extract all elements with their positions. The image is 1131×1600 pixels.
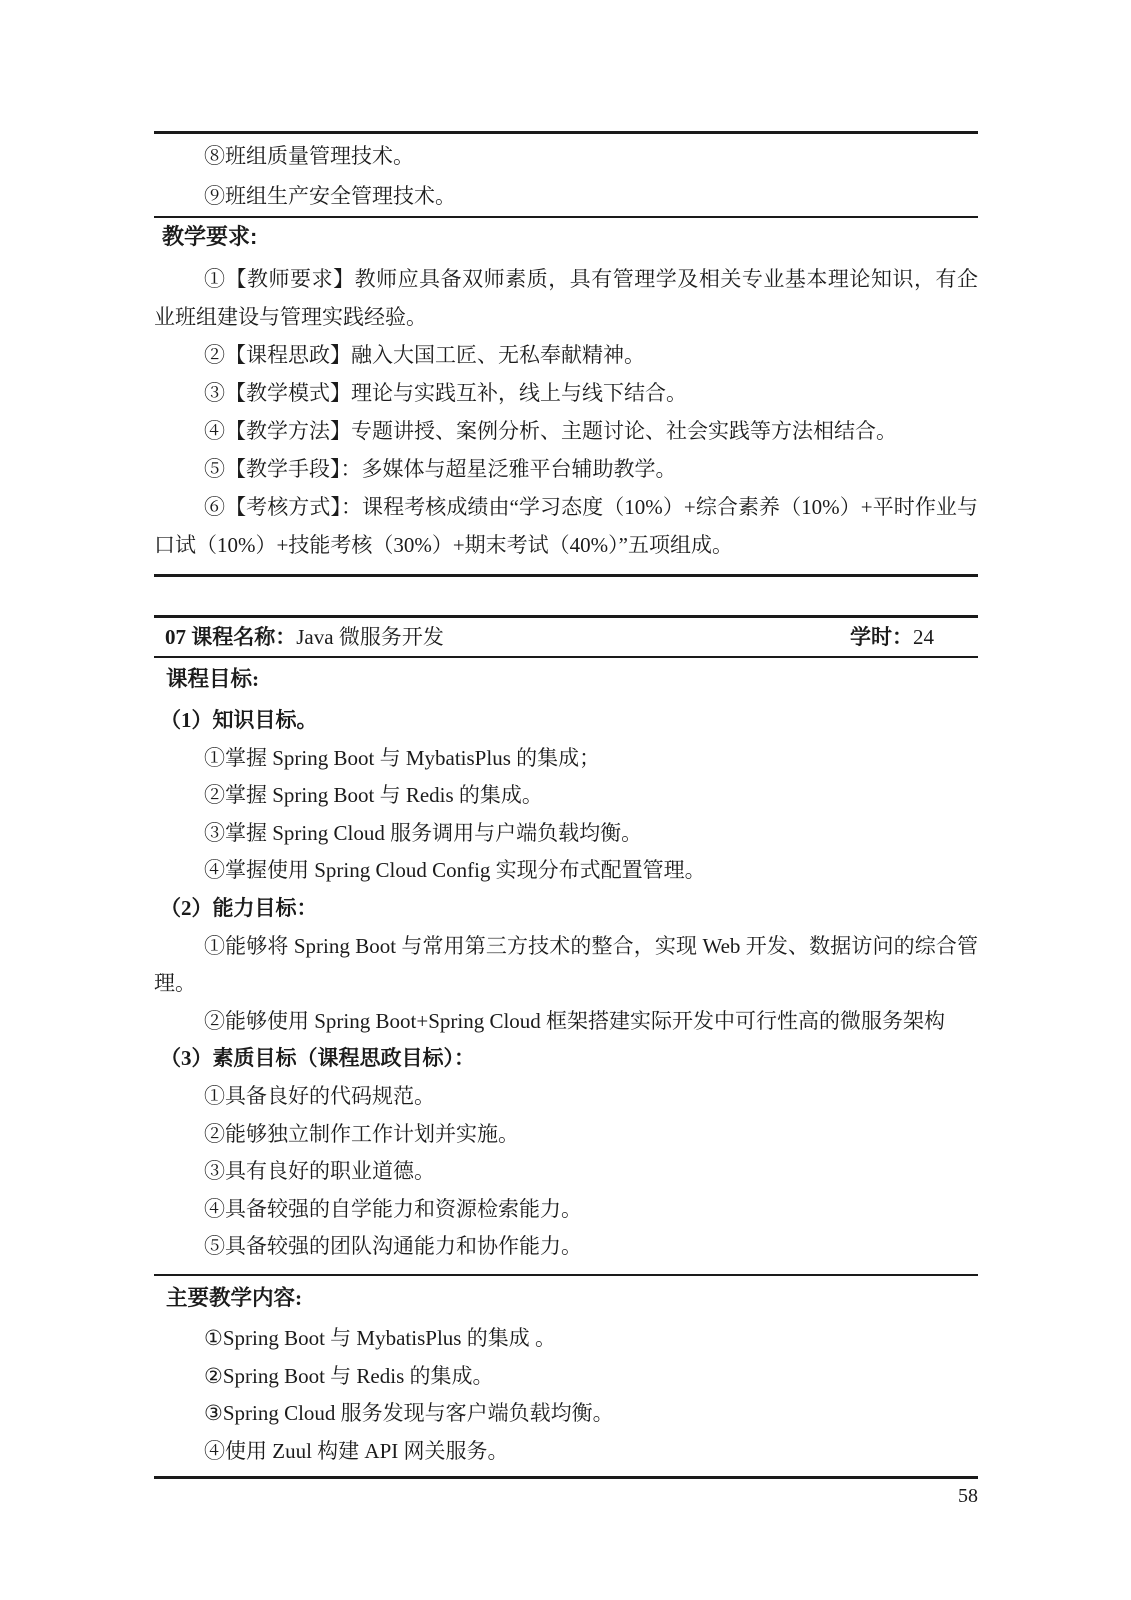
block-spacer [154,577,978,615]
list-item: ⑨班组生产安全管理技术。 [154,176,978,216]
list-item: ④【教学方法】专题讲授、案例分析、主题讨论、社会实践等方法相结合。 [154,412,978,450]
previous-course-tail: ⑧班组质量管理技术。 ⑨班组生产安全管理技术。 [154,134,978,216]
page-number: 58 [958,1485,978,1508]
teaching-requirements-list: ①【教师要求】教师应具备双师素质，具有管理学及相关专业基本理论知识，有企业班组建… [154,256,978,574]
knowledge-objectives-heading: （1）知识目标。 [154,702,978,740]
course-hours: 学时：24 [850,618,934,656]
document-page: ⑧班组质量管理技术。 ⑨班组生产安全管理技术。 教学要求: ①【教师要求】教师应… [0,0,1131,1600]
list-item: ①【教师要求】教师应具备双师素质，具有管理学及相关专业基本理论知识，有企业班组建… [154,260,978,336]
teaching-requirements-heading: 教学要求: [154,218,978,256]
course-name: Java 微服务开发 [296,625,444,649]
course-number-label: 07 课程名称： [165,625,296,649]
list-item: ④具备较强的自学能力和资源检索能力。 [154,1191,978,1229]
ability-objectives-heading: （2）能力目标： [154,890,978,928]
list-item: ①掌握 Spring Boot 与 MybatisPlus 的集成； [154,740,978,778]
main-content-list: ①Spring Boot 与 MybatisPlus 的集成 。 ②Spring… [154,1320,978,1476]
list-item: ②Spring Boot 与 Redis 的集成。 [154,1358,978,1396]
list-item: ③具有良好的职业道德。 [154,1153,978,1191]
list-item: ①能够将 Spring Boot 与常用第三方技术的整合，实现 Web 开发、数… [154,928,978,1003]
list-item: ④使用 Zuul 构建 API 网关服务。 [154,1433,978,1471]
list-item: ⑧班组质量管理技术。 [154,136,978,176]
main-content-heading: 主要教学内容: [154,1276,978,1320]
list-item: ②【课程思政】融入大国工匠、无私奉献精神。 [154,336,978,374]
list-item: ⑥【考核方式】：课程考核成绩由“学习态度（10%）+综合素养（10%）+平时作业… [154,488,978,564]
course-objectives: （1）知识目标。 ①掌握 Spring Boot 与 MybatisPlus 的… [154,700,978,1274]
course-objectives-heading: 课程目标: [154,658,978,700]
syllabus-table: ⑧班组质量管理技术。 ⑨班组生产安全管理技术。 教学要求: ①【教师要求】教师应… [154,131,978,1479]
list-item: ②能够独立制作工作计划并实施。 [154,1116,978,1154]
list-item: ③掌握 Spring Cloud 服务调用与户端负载均衡。 [154,815,978,853]
quality-objectives-heading: （3）素质目标（课程思政目标）： [154,1040,978,1078]
table-bottom-border [154,1476,978,1479]
list-item: ④掌握使用 Spring Cloud Config 实现分布式配置管理。 [154,852,978,890]
list-item: ⑤【教学手段】：多媒体与超星泛雅平台辅助教学。 [154,450,978,488]
list-item: ①具备良好的代码规范。 [154,1078,978,1116]
list-item: ③Spring Cloud 服务发现与客户端负载均衡。 [154,1395,978,1433]
course-title: 07 课程名称：Java 微服务开发 [165,618,444,656]
course-title-row: 07 课程名称：Java 微服务开发 学时：24 [154,618,978,656]
list-item: ①Spring Boot 与 MybatisPlus 的集成 。 [154,1320,978,1358]
list-item: ③【教学模式】理论与实践互补，线上与线下结合。 [154,374,978,412]
hours-value: 24 [913,625,934,649]
list-item: ②掌握 Spring Boot 与 Redis 的集成。 [154,777,978,815]
list-item: ②能够使用 Spring Boot+Spring Cloud 框架搭建实际开发中… [154,1003,978,1041]
list-item: ⑤具备较强的团队沟通能力和协作能力。 [154,1228,978,1266]
hours-label: 学时： [850,625,913,649]
